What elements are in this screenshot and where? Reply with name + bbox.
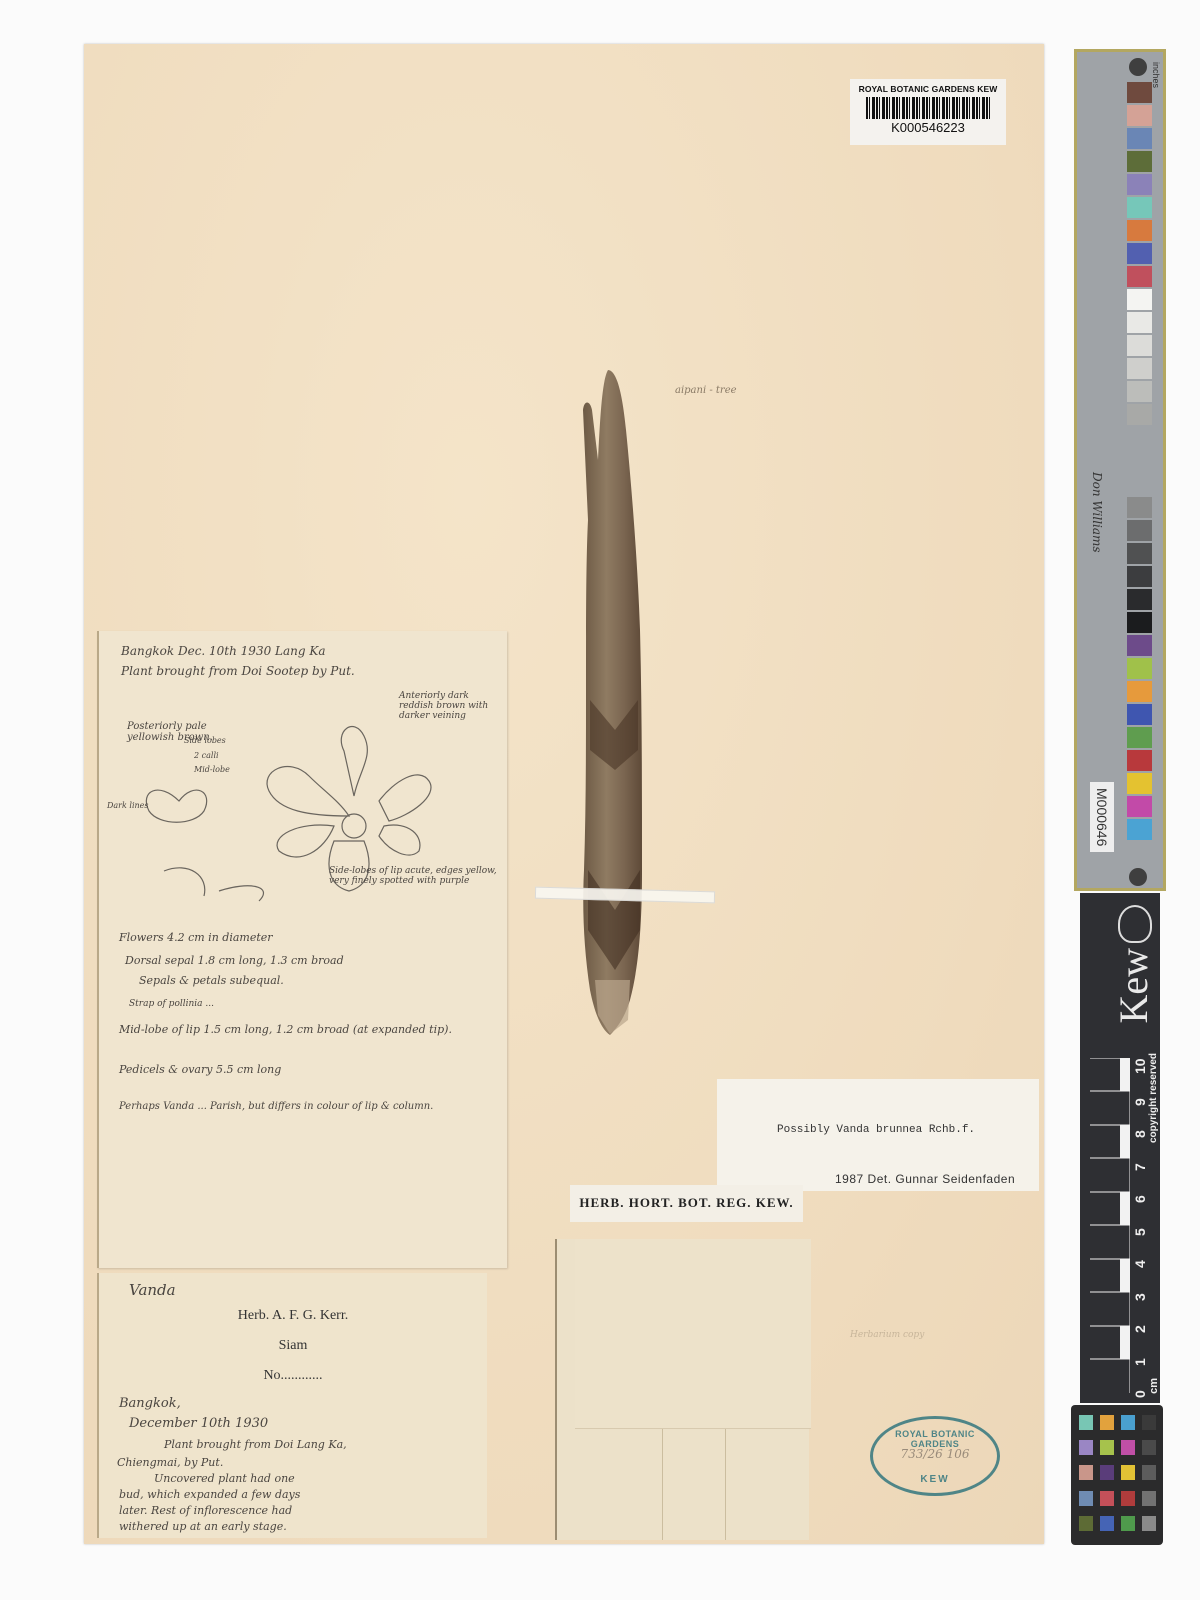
color-swatch — [1127, 358, 1152, 379]
color-swatch — [1127, 796, 1152, 817]
herbarium-name: Herb. A. F. G. Kerr. — [99, 1308, 487, 1324]
kew-scale-ruler: Kew 0 1 2 3 4 5 6 7 8 9 10 copyright res — [1080, 893, 1160, 1403]
color-swatch — [1127, 404, 1152, 425]
color-swatch — [1127, 197, 1152, 218]
units-label: inches — [1151, 62, 1161, 88]
digit: 4 — [1132, 1260, 1152, 1268]
color-swatch — [1127, 819, 1152, 840]
determination-label: Possibly Vanda brunnea Rchb.f. 1987 Det.… — [717, 1079, 1039, 1191]
digit: 6 — [1132, 1196, 1152, 1204]
color-checker-card — [1071, 1405, 1163, 1545]
checker-patch — [1079, 1491, 1093, 1506]
kew-brand: Kew — [1110, 948, 1157, 1024]
digit: 2 — [1132, 1325, 1152, 1333]
color-swatch — [1127, 543, 1152, 564]
label-dark-lines: Dark lines — [107, 801, 149, 810]
color-swatch — [1127, 704, 1152, 725]
checker-patch — [1100, 1491, 1114, 1506]
checker-patch — [1079, 1465, 1093, 1480]
stamp-arc-text: ROYAL BOTANIC GARDENS — [873, 1429, 997, 1449]
chart-brand: Don Williams — [1090, 472, 1104, 553]
barcode-institution: ROYAL BOTANIC GARDENS KEW — [850, 84, 1006, 94]
barcode-icon — [866, 97, 990, 119]
checker-patch — [1121, 1465, 1135, 1480]
checker-patch — [1100, 1516, 1114, 1531]
country: Siam — [99, 1338, 487, 1354]
registration-dot-icon — [1129, 868, 1147, 886]
color-swatch — [1127, 520, 1152, 541]
checker-patch — [1100, 1440, 1114, 1455]
envelope-fold — [725, 1429, 726, 1540]
registration-dot-icon — [1129, 58, 1147, 76]
determiner: 1987 Det. Gunnar Seidenfaden — [835, 1172, 1015, 1186]
sketch-dorsal-sepal: Dorsal sepal 1.8 cm long, 1.3 cm broad — [125, 954, 344, 967]
sketch-midlobe: Mid-lobe of lip 1.5 cm long, 1.2 cm broa… — [119, 1023, 452, 1036]
digit: 3 — [1132, 1293, 1152, 1301]
color-swatch — [1127, 266, 1152, 287]
color-swatch — [1127, 566, 1152, 587]
sketch-flower-size: Flowers 4.2 cm in diameter — [119, 931, 273, 944]
locality: Bangkok, — [119, 1396, 181, 1411]
digit: 5 — [1132, 1228, 1152, 1236]
faint-pencil-note: Herbarium copy — [850, 1330, 924, 1340]
label-calli: 2 calli — [194, 751, 219, 760]
barcode-label: ROYAL BOTANIC GARDENS KEW K000546223 — [850, 79, 1006, 145]
color-swatch — [1127, 681, 1152, 702]
checker-patch — [1100, 1465, 1114, 1480]
color-swatch — [1127, 750, 1152, 771]
color-calibration-chart: inches Don Williams M000646 — [1074, 49, 1166, 891]
checker-patch — [1121, 1440, 1135, 1455]
checker-patch — [1142, 1415, 1156, 1430]
fragment-envelope[interactable] — [555, 1239, 809, 1540]
checker-patch — [1121, 1516, 1135, 1531]
kew-crest-icon — [1118, 905, 1152, 943]
checker-patch — [1142, 1491, 1156, 1506]
note-line-6: withered up at an early stage. — [119, 1520, 287, 1533]
sketch-side-lobe-note: Side-lobes of lip acute, edges yellow, v… — [329, 866, 499, 886]
checker-patch — [1121, 1415, 1135, 1430]
note-line-5: later. Rest of inflorescence had — [119, 1504, 292, 1517]
digit: 7 — [1132, 1163, 1152, 1171]
collector-label: Vanda Herb. A. F. G. Kerr. Siam No......… — [97, 1273, 487, 1538]
label-mid-lobe: Mid-lobe — [194, 765, 230, 774]
genus-handwritten: Vanda — [129, 1281, 176, 1299]
color-swatch — [1127, 773, 1152, 794]
color-swatch — [1127, 612, 1152, 633]
color-swatch — [1127, 312, 1152, 333]
specimen-annotation: aipani - tree — [675, 385, 737, 396]
determination-name: Possibly Vanda brunnea Rchb.f. — [777, 1124, 975, 1136]
color-swatch — [1127, 497, 1152, 518]
sketch-pollinia: Strap of pollinia ... — [129, 999, 214, 1009]
checker-patch — [1142, 1440, 1156, 1455]
field-notes-sketch-sheet: Bangkok Dec. 10th 1930 Lang Ka Plant bro… — [97, 631, 507, 1268]
color-swatch — [1127, 335, 1152, 356]
color-swatch — [1127, 128, 1152, 149]
color-swatch — [1127, 381, 1152, 402]
envelope-fold — [662, 1429, 663, 1540]
note-line-4: bud, which expanded a few days — [119, 1488, 300, 1501]
color-swatch — [1127, 243, 1152, 264]
sketch-pedicel: Pedicels & ovary 5.5 cm long — [119, 1063, 281, 1076]
checker-patch — [1079, 1516, 1093, 1531]
color-swatch — [1127, 220, 1152, 241]
collection-date: December 10th 1930 — [129, 1416, 268, 1431]
checker-patch — [1121, 1491, 1135, 1506]
barcode-number: K000546223 — [850, 120, 1006, 135]
color-swatch — [1127, 289, 1152, 310]
stamp-kew: KEW — [873, 1474, 997, 1485]
color-swatch — [1127, 105, 1152, 126]
envelope-flap — [575, 1239, 811, 1429]
sketch-perhaps: Perhaps Vanda ... Parish, but differs in… — [119, 1101, 499, 1112]
color-swatch — [1127, 658, 1152, 679]
checker-patch — [1142, 1465, 1156, 1480]
kew-herbarium-label: HERB. HORT. BOT. REG. KEW. — [570, 1185, 803, 1222]
unit-label: cm — [1148, 1378, 1160, 1394]
sketch-header-line1: Bangkok Dec. 10th 1930 Lang Ka — [121, 644, 326, 658]
note-line-2: Chiengmai, by Put. — [117, 1456, 223, 1469]
stamp-number: 733/26 106 — [873, 1447, 997, 1461]
label-side-lobes: Side lobes — [184, 736, 226, 745]
digit: 1 — [1132, 1358, 1152, 1366]
sketch-sepals-petals: Sepals & petals subequal. — [139, 974, 284, 987]
number-field: No............ — [99, 1368, 487, 1384]
color-swatch — [1127, 82, 1152, 103]
color-swatch — [1127, 635, 1152, 656]
kew-stamp: ROYAL BOTANIC GARDENS 733/26 106 KEW — [870, 1416, 1000, 1496]
checker-patch — [1142, 1516, 1156, 1531]
color-swatch — [1127, 727, 1152, 748]
checker-patch — [1079, 1440, 1093, 1455]
sketch-header-line2: Plant brought from Doi Sootep by Put. — [121, 664, 355, 678]
color-swatch — [1127, 174, 1152, 195]
cm-scale-bar — [1090, 1058, 1130, 1393]
note-line-1: Plant brought from Doi Lang Ka, — [164, 1438, 347, 1451]
copyright-notice: copyright reserved — [1148, 1053, 1159, 1143]
color-swatch — [1127, 589, 1152, 610]
checker-patch — [1100, 1415, 1114, 1430]
chart-id: M000646 — [1090, 782, 1114, 852]
orchid-specimen — [520, 370, 720, 1040]
note-line-3: Uncovered plant had one — [154, 1472, 295, 1485]
checker-patch — [1079, 1415, 1093, 1430]
color-swatch — [1127, 151, 1152, 172]
